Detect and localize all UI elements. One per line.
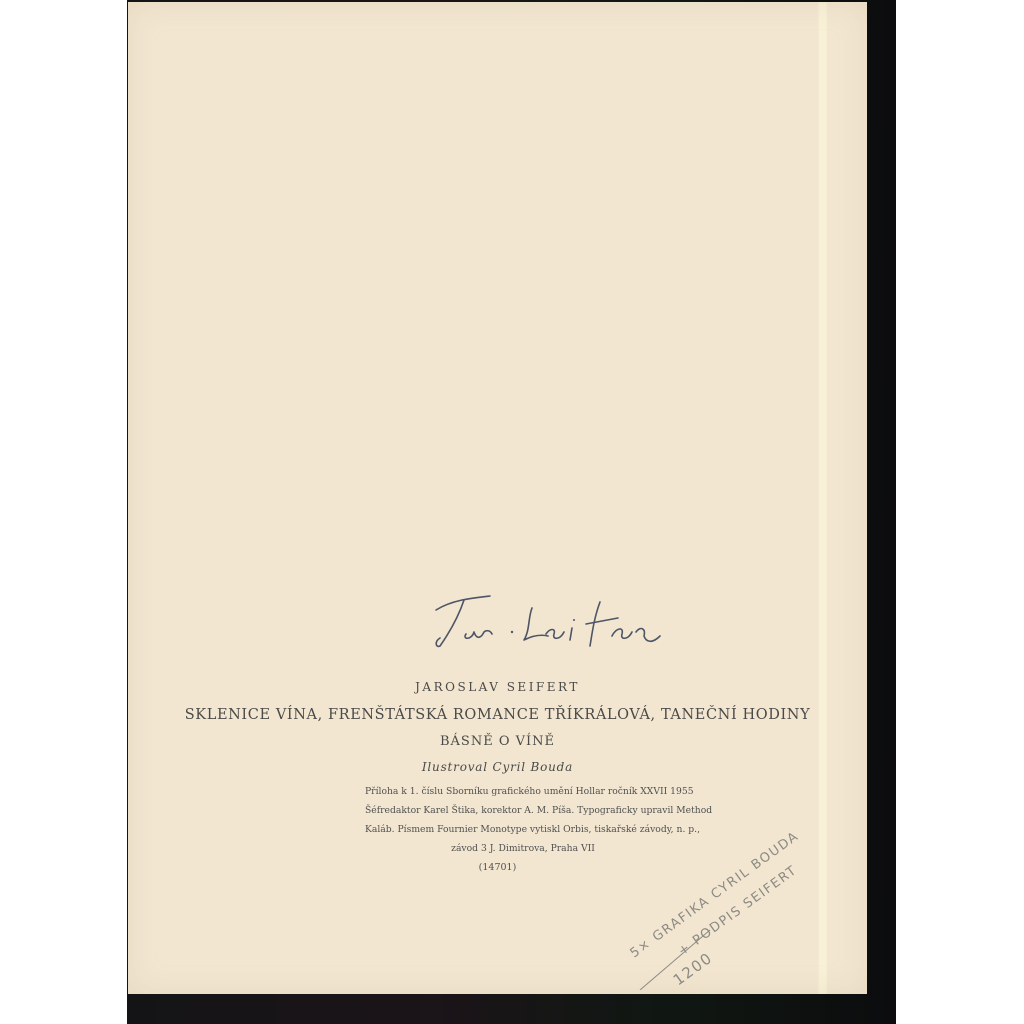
- pencil-note-price: 1200: [670, 949, 716, 990]
- handwritten-signature: Jar. Seifert: [432, 590, 682, 650]
- illustrator-credit: Ilustroval Cyril Bouda: [128, 760, 867, 774]
- book-subtitle: BÁSNĚ O VÍNĚ: [128, 734, 867, 749]
- book-title: SKLENICE VÍNA, FRENŠTÁTSKÁ ROMANCE TŘÍKR…: [128, 707, 867, 723]
- author-name: JAROSLAV SEIFERT: [128, 680, 867, 694]
- pencil-annotation: 5× GRAFIKA CYRIL BOUDA + PODPIS SEIFERT …: [620, 790, 860, 990]
- pencil-note-line1: 5× GRAFIKA CYRIL BOUDA: [628, 829, 802, 961]
